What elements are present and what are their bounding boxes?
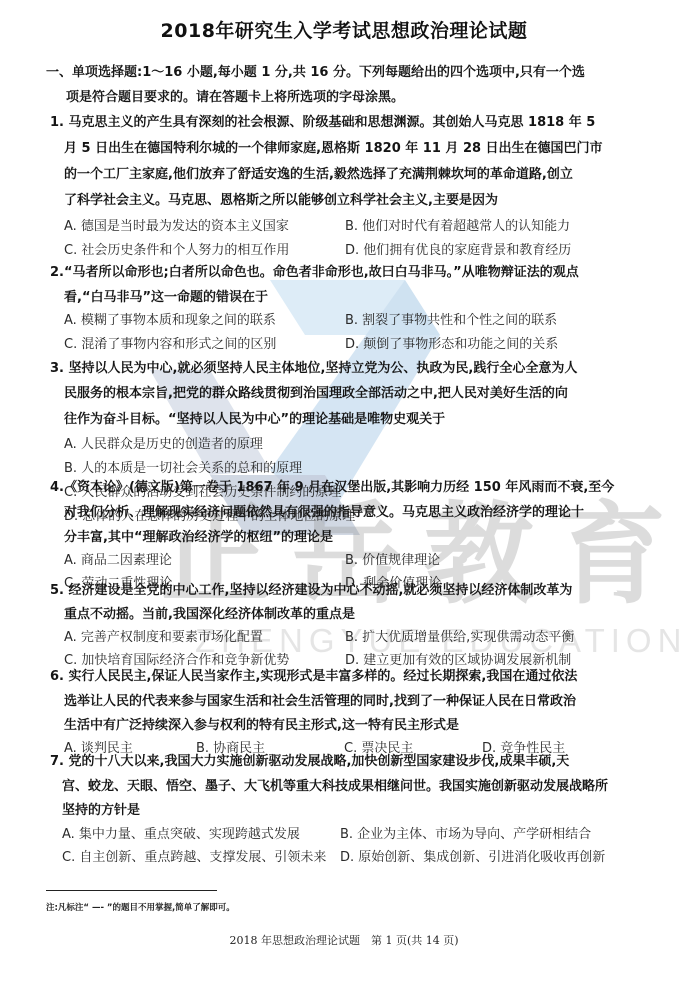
q1-stem-line-3: 的一个工厂主家庭,他们放弃了舒适安逸的生活,毅然选择了充满荆棘坎坷的革命道路,创… — [64, 166, 573, 184]
q2-option-a: A. 模糊了事物本质和现象之间的联系 — [64, 312, 276, 330]
q7-option-b: B. 企业为主体、市场为导向、产学研相结合 — [340, 826, 591, 844]
q5-stem-line-1: 5. 经济建设是全党的中心工作,坚持以经济建设为中心不动摇,就必须坚持以经济体制… — [50, 582, 572, 600]
page-title: 2018年研究生入学考试思想政治理论试题 — [0, 16, 688, 43]
section-instruction-line-1: 一、单项选择题:1～16 小题,每小题 1 分,共 16 分。下列每题给出的四个… — [46, 64, 585, 82]
q3-stem-line-3: 往作为奋斗目标。“坚持以人民为中心”的理论基础是唯物史观关于 — [64, 411, 445, 429]
q2-option-d: D. 颠倒了事物形态和功能之间的关系 — [345, 336, 558, 354]
q5-option-b: B. 扩大优质增量供给,实现供需动态平衡 — [345, 629, 574, 647]
q2-stem-line-1: 2.“马者所以命形也;白者所以命色也。命色者非命形也,故曰白马非马。”从唯物辩证… — [50, 264, 579, 282]
q6-stem-line-2: 选举让人民的代表来参与国家生活和社会生活管理的同时,找到了一种保证人民在日常政治 — [64, 693, 576, 711]
q4-stem-line-1: 4.《资本论》(德文版)第一卷于 1867 年 9 月在汉堡出版,其影响力历经 … — [50, 479, 614, 497]
section-instruction-line-2: 项是符合题目要求的。请在答题卡上将所选项的字母涂黑。 — [66, 89, 404, 107]
q4-option-b: B. 价值规律理论 — [345, 552, 440, 570]
q1-stem-line-2: 月 5 日出生在德国特利尔城的一个律师家庭,恩格斯 1820 年 11 月 28… — [64, 140, 603, 158]
footnote-divider — [46, 890, 217, 891]
q5-option-a: A. 完善产权制度和要素市场化配置 — [64, 629, 263, 647]
footnote: 注:凡标注“ —- ”的题目不用掌握,简单了解即可。 — [46, 901, 235, 913]
q4-option-a: A. 商品二因素理论 — [64, 552, 172, 570]
q7-option-c: C. 自主创新、重点跨越、支撑发展、引领未来 — [62, 849, 326, 867]
q3-option-a: A. 人民群众是历史的创造者的原理 — [64, 436, 263, 454]
q2-stem-line-2: 看,“白马非马”这一命题的错误在于 — [64, 289, 268, 307]
q1-option-c: C. 社会历史条件和个人努力的相互作用 — [64, 242, 289, 260]
q1-option-a: A. 德国是当时最为发达的资本主义国家 — [64, 218, 289, 236]
q3-stem-line-1: 3. 坚持以人民为中心,就必须坚持人民主体地位,坚持立党为公、执政为民,践行全心… — [50, 360, 577, 378]
q3-stem-line-2: 民服务的根本宗旨,把党的群众路线贯彻到治国理政全部活动之中,把人民对美好生活的向 — [64, 385, 568, 403]
q6-stem-line-1: 6. 实行人民民主,保证人民当家作主,实现形式是丰富多样的。经过长期探索,我国在… — [50, 668, 577, 686]
q1-option-d: D. 他们拥有优良的家庭背景和教育经历 — [345, 242, 571, 260]
q7-stem-line-2: 宫、蛟龙、天眼、悟空、墨子、大飞机等重大科技成果相继问世。我国实施创新驱动发展战… — [62, 778, 608, 796]
q4-stem-line-3: 分丰富,其中“理解政治经济学的枢纽”的理论是 — [64, 529, 333, 547]
q2-option-b: B. 割裂了事物共性和个性之间的联系 — [345, 312, 557, 330]
q1-option-b: B. 他们对时代有着超越常人的认知能力 — [345, 218, 570, 236]
q7-stem-line-1: 7. 党的十八大以来,我国大力实施创新驱动发展战略,加快创新型国家建设步伐,成果… — [50, 753, 569, 771]
q5-stem-line-2: 重点不动摇。当前,我国深化经济体制改革的重点是 — [64, 606, 355, 624]
q7-stem-line-3: 坚持的方针是 — [62, 802, 140, 820]
q6-stem-line-3: 生活中有广泛持续深入参与权利的特有民主形式,这一特有民主形式是 — [64, 717, 459, 735]
q1-stem-line-4: 了科学社会主义。马克思、恩格斯之所以能够创立科学社会主义,主要是因为 — [64, 192, 498, 210]
q4-stem-line-2: 对我们分析、理解现实经济问题依然具有很强的指导意义。马克思主义政治经济学的理论十 — [64, 504, 584, 522]
q2-option-c: C. 混淆了事物内容和形式之间的区别 — [64, 336, 276, 354]
q1-stem-line-1: 1. 马克思主义的产生具有深刻的社会根源、阶级基础和思想渊源。其创始人马克思 1… — [50, 114, 595, 132]
q3-option-b: B. 人的本质是一切社会关系的总和的原理 — [64, 460, 302, 478]
exam-page: 正岳教育 ZHENGYUE EDUCATION 2018年研究生入学考试思想政治… — [0, 0, 688, 982]
q7-option-a: A. 集中力量、重点突破、实现跨越式发展 — [62, 826, 300, 844]
page-footer: 2018 年思想政治理论试题 第 1 页(共 14 页) — [0, 932, 688, 948]
q7-option-d: D. 原始创新、集成创新、引进消化吸收再创新 — [340, 849, 605, 867]
